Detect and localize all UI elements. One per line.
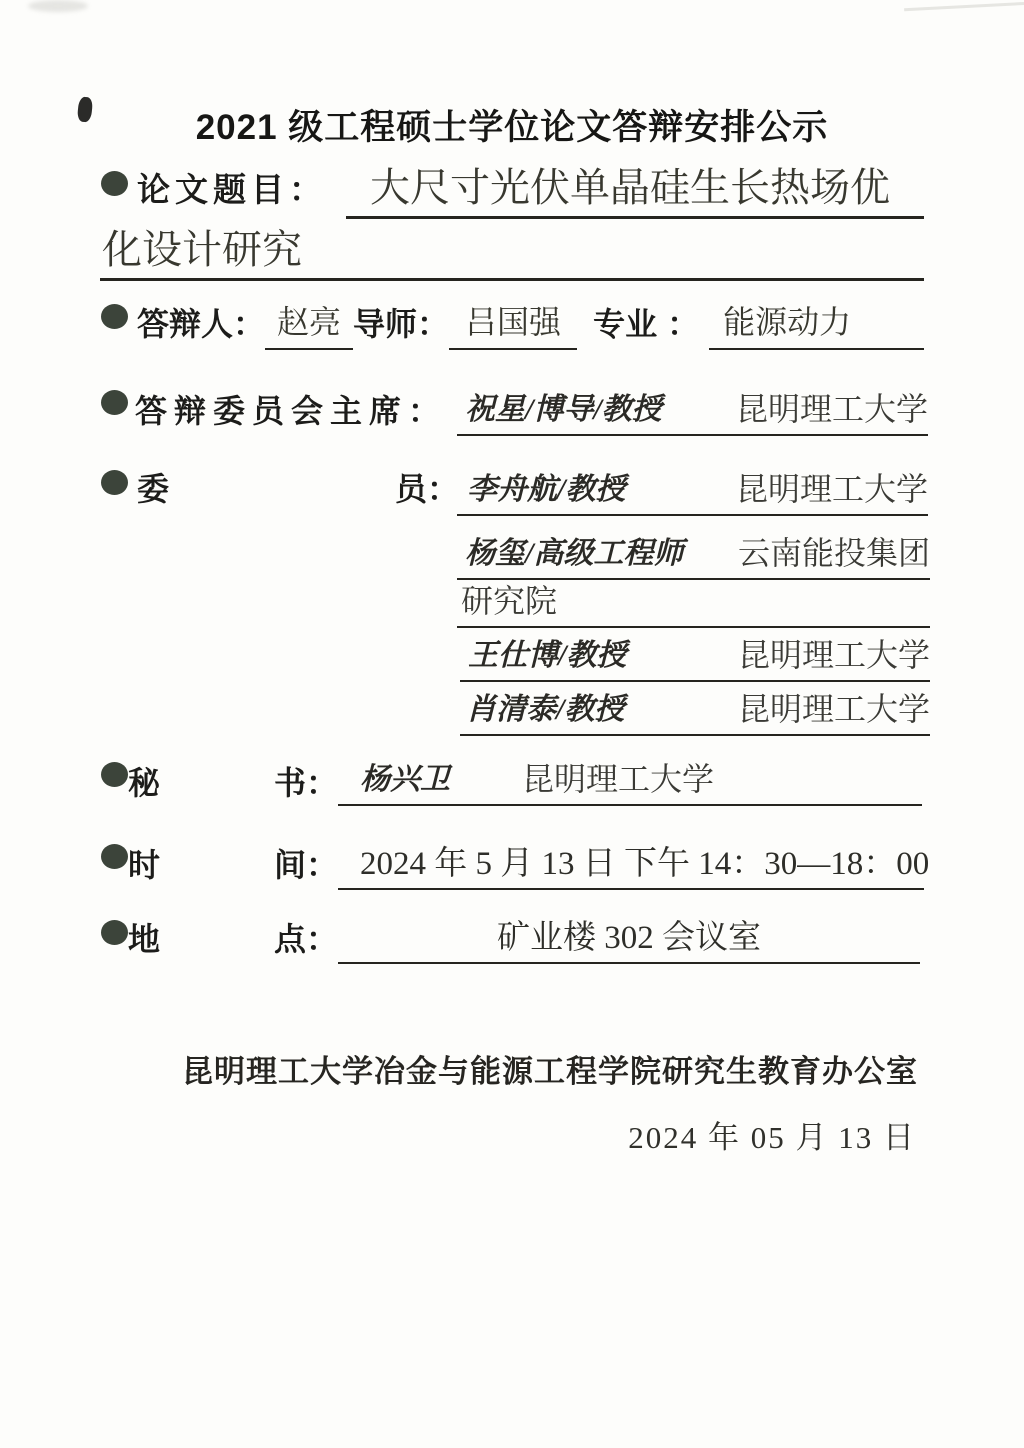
- member-row-2: 杨玺/高级工程师 云南能投集团: [457, 532, 930, 580]
- scan-edge-artifact: [904, 2, 1024, 11]
- bullet-icon: [101, 171, 128, 196]
- page-title: 2021 级工程硕士学位论文答辩安排公示: [0, 100, 1024, 150]
- member-row-4: 肖清泰/教授 昆明理工大学: [460, 688, 930, 736]
- major-label: 专业: [593, 299, 657, 350]
- member-label-right: 员：: [395, 464, 459, 510]
- thesis-title-text-line1: 大尺寸光伏单晶硅生长热场优: [346, 162, 890, 216]
- bullet-icon: [101, 304, 128, 329]
- secretary-affiliation: 昆明理工大学: [522, 754, 714, 804]
- member-row-2-continuation: 研究院: [457, 582, 930, 628]
- location-label-left: 地: [128, 914, 160, 960]
- bullet-icon: [101, 920, 128, 945]
- bullet-icon: [101, 844, 128, 869]
- major-colon: ：: [667, 299, 699, 350]
- bullet-icon: [101, 762, 128, 787]
- chair-affiliation: 昆明理工大学: [736, 384, 928, 434]
- member-2-affiliation-cont: 研究院: [457, 576, 557, 626]
- member-4-affiliation: 昆明理工大学: [738, 684, 930, 734]
- member-3-name: 王仕博/教授: [460, 630, 626, 680]
- member-1-name: 李舟航/教授: [457, 464, 625, 514]
- time-value: 2024 年 5 月 13 日 下午 14：30—18：00: [338, 837, 929, 888]
- location-value-line: 矿业楼 302 会议室: [338, 908, 920, 964]
- time-label-left: 时: [128, 840, 160, 886]
- defender-row: 答辩人： 赵亮 导师： 吕国强 专业 ： 能源动力: [137, 298, 924, 350]
- bullet-icon: [101, 390, 128, 415]
- secretary-label-right: 书：: [274, 758, 338, 804]
- footer-date: 2024 年 05 月 13 日: [560, 1112, 916, 1157]
- member-label-left: 委: [137, 464, 169, 510]
- chair-label: 答辩委员会主席：: [135, 386, 447, 432]
- chair-name: 祝星/博导/教授: [457, 384, 662, 434]
- chair-value-line: 祝星/博导/教授 昆明理工大学: [457, 380, 928, 436]
- location-value: 矿业楼 302 会议室: [497, 911, 761, 962]
- member-2-affiliation: 云南能投集团: [738, 528, 930, 578]
- member-4-name: 肖清泰/教授: [460, 684, 624, 734]
- secretary-name: 杨兴卫: [338, 754, 450, 804]
- bullet-icon: [101, 470, 128, 495]
- defender-name: 赵亮: [265, 297, 353, 350]
- major-value: 能源动力: [709, 297, 924, 350]
- thesis-title-line2: 化设计研究: [100, 222, 924, 281]
- member-row-3: 王仕博/教授 昆明理工大学: [460, 634, 930, 682]
- announcement-page: 2021 级工程硕士学位论文答辩安排公示 论文题目： 大尺寸光伏单晶硅生长热场优…: [0, 0, 1024, 1448]
- advisor-name: 吕国强: [449, 297, 577, 350]
- member-3-affiliation: 昆明理工大学: [738, 630, 930, 680]
- defender-label: 答辩人：: [137, 299, 265, 350]
- thesis-title-label: 论文题目：: [137, 164, 327, 211]
- time-label-right: 间：: [274, 840, 338, 886]
- scan-smudge-artifact: [28, 0, 88, 12]
- member-2-name: 杨玺/高级工程师: [457, 528, 683, 578]
- footer-organization: 昆明理工大学冶金与能源工程学院研究生教育办公室: [150, 1046, 950, 1091]
- location-label-right: 点：: [274, 914, 338, 960]
- time-value-line: 2024 年 5 月 13 日 下午 14：30—18：00: [338, 834, 924, 890]
- member-row-1: 李舟航/教授 昆明理工大学: [457, 460, 928, 516]
- thesis-title-line1: 大尺寸光伏单晶硅生长热场优: [346, 156, 924, 219]
- secretary-value-line: 杨兴卫 昆明理工大学: [338, 752, 922, 806]
- member-1-affiliation: 昆明理工大学: [736, 464, 928, 514]
- secretary-label-left: 秘: [128, 758, 160, 804]
- thesis-title-text-line2: 化设计研究: [100, 224, 302, 278]
- advisor-label: 导师：: [353, 299, 449, 350]
